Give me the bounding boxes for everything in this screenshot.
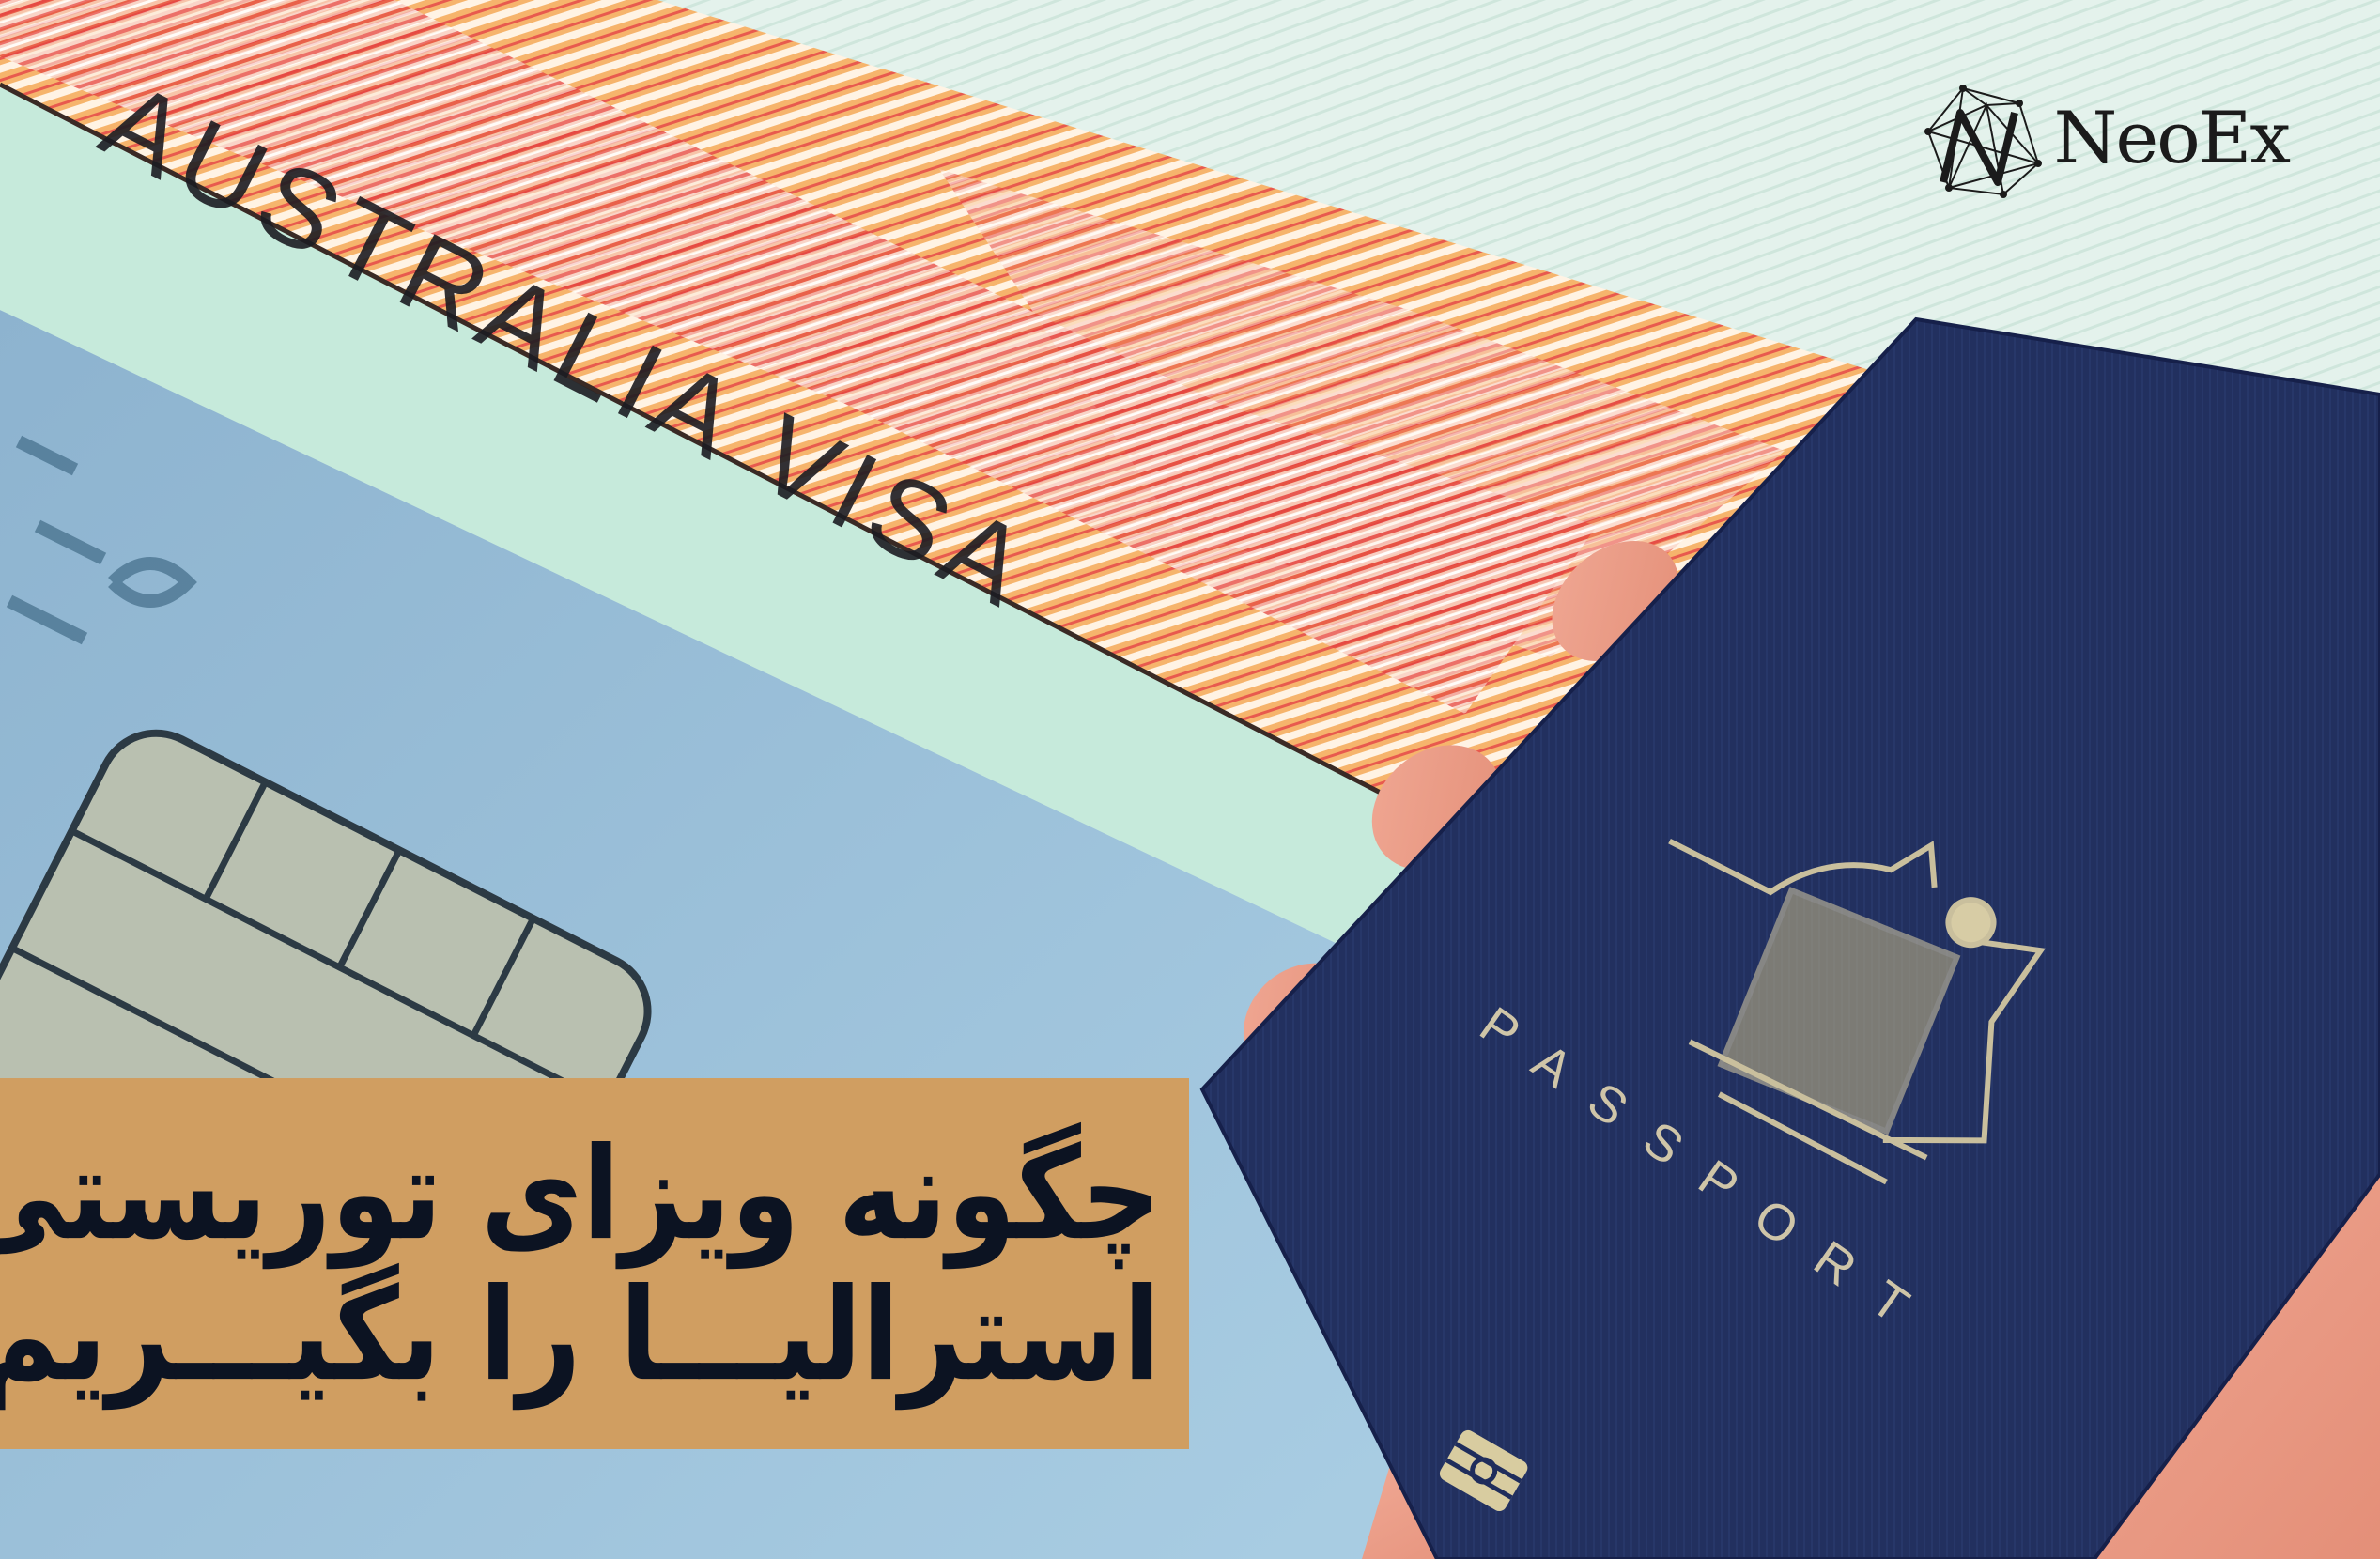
brand-logo: NeoEx xyxy=(1921,77,2287,199)
polyhedron-network-icon xyxy=(1921,77,2043,199)
title-line-2: استرالیـــا را بگیـــریم xyxy=(56,1254,1161,1416)
article-banner: AUSTRALIA VISA PASSPORT NeoEx xyxy=(0,0,2380,1559)
brand-name: NeoEx xyxy=(2054,102,2289,174)
title-line-1: چگونه ویزای توریستی xyxy=(56,1113,1161,1275)
title-caption-box: چگونه ویزای توریستی استرالیـــا را بگیــ… xyxy=(0,1078,1189,1449)
